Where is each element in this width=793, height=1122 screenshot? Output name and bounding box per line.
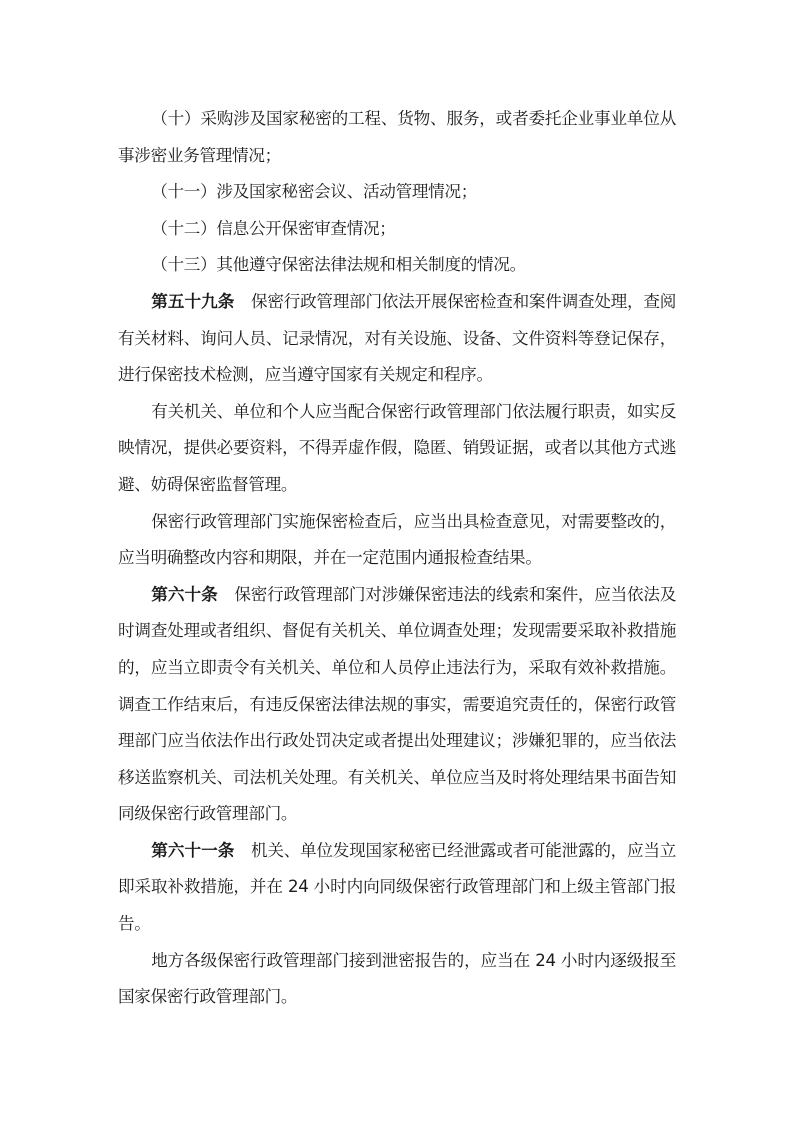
list-item-13: （十三）其他遵守保密法律法规和相关制度的情况。 <box>118 247 676 284</box>
list-item-10: （十）采购涉及国家秘密的工程、货物、服务，或者委托企业事业单位从事涉密业务管理情… <box>118 101 676 174</box>
list-item-12: （十二）信息公开保密审查情况； <box>118 211 676 248</box>
article-61-paragraph-2: 地方各级保密行政管理部门接到泄密报告的，应当在 24 小时内逐级报至国家保密行政… <box>118 943 676 1016</box>
article-59: 第五十九条保密行政管理部门依法开展保密检查和案件调查处理，查阅有关材料、询问人员… <box>118 284 676 394</box>
article-59-paragraph-2: 有关机关、单位和个人应当配合保密行政管理部门依法履行职责，如实反映情况，提供必要… <box>118 394 676 504</box>
article-60: 第六十条保密行政管理部门对涉嫌保密违法的线索和案件，应当依法及时调查处理或者组织… <box>118 577 676 833</box>
article-61-title: 第六十一条 <box>151 841 234 860</box>
document-page: （十）采购涉及国家秘密的工程、货物、服务，或者委托企业事业单位从事涉密业务管理情… <box>118 101 676 1016</box>
article-59-paragraph-3: 保密行政管理部门实施保密检查后，应当出具检查意见，对需要整改的，应当明确整改内容… <box>118 504 676 577</box>
article-61: 第六十一条机关、单位发现国家秘密已经泄露或者可能泄露的，应当立即采取补救措施，并… <box>118 833 676 943</box>
article-59-title: 第五十九条 <box>151 292 234 311</box>
article-60-body: 保密行政管理部门对涉嫌保密违法的线索和案件，应当依法及时调查处理或者组织、督促有… <box>118 585 676 824</box>
list-item-11: （十一）涉及国家秘密会议、活动管理情况； <box>118 174 676 211</box>
article-60-title: 第六十条 <box>151 585 218 604</box>
